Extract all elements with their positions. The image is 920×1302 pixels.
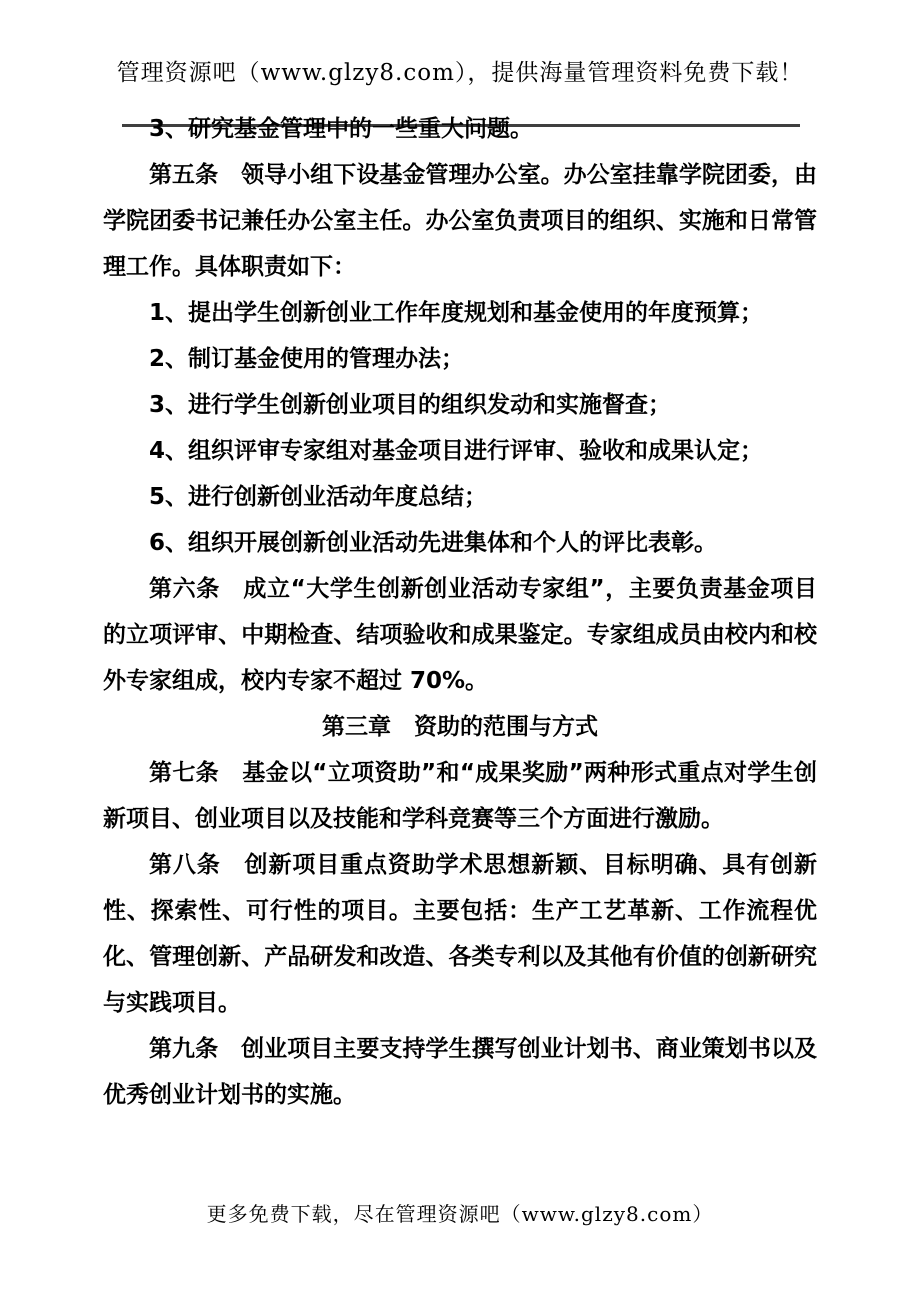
page-footer-text: 更多免费下载，尽在管理资源吧（www.glzy8.com） [0, 1198, 920, 1227]
list-item-2: 2、制订基金使用的管理办法； [103, 336, 817, 382]
page-header-text: 管理资源吧（www.glzy8.com），提供海量管理资料免费下载！ [0, 54, 920, 87]
chapter-3-heading: 第三章 资助的范围与方式 [103, 704, 817, 750]
list-item-4: 4、组织评审专家组对基金项目进行评审、验收和成果认定； [103, 428, 817, 474]
list-item-1: 1、提出学生创新创业工作年度规划和基金使用的年度预算； [103, 290, 817, 336]
paragraph-article-9: 第九条 创业项目主要支持学生撰写创业计划书、商业策划书以及优秀创业计划书的实施。 [103, 1026, 817, 1118]
list-item-6: 6、组织开展创新创业活动先进集体和个人的评比表彰。 [103, 520, 817, 566]
list-item-5: 5、进行创新创业活动年度总结； [103, 474, 817, 520]
paragraph-article-7: 第七条 基金以“立项资助”和“成果奖励”两种形式重点对学生创新项目、创业项目以及… [103, 750, 817, 842]
paragraph-clause-3: 3、研究基金管理中的一些重大问题。 [103, 106, 817, 152]
document-body: 3、研究基金管理中的一些重大问题。 第五条 领导小组下设基金管理办公室。办公室挂… [103, 106, 817, 1118]
document-page: 管理资源吧（www.glzy8.com），提供海量管理资料免费下载！ 3、研究基… [0, 0, 920, 1302]
list-item-3: 3、进行学生创新创业项目的组织发动和实施督查； [103, 382, 817, 428]
paragraph-article-5: 第五条 领导小组下设基金管理办公室。办公室挂靠学院团委，由学院团委书记兼任办公室… [103, 152, 817, 290]
paragraph-article-8: 第八条 创新项目重点资助学术思想新颖、目标明确、具有创新性、探索性、可行性的项目… [103, 842, 817, 1026]
paragraph-article-6: 第六条 成立“大学生创新创业活动专家组”，主要负责基金项目的立项评审、中期检查、… [103, 566, 817, 704]
